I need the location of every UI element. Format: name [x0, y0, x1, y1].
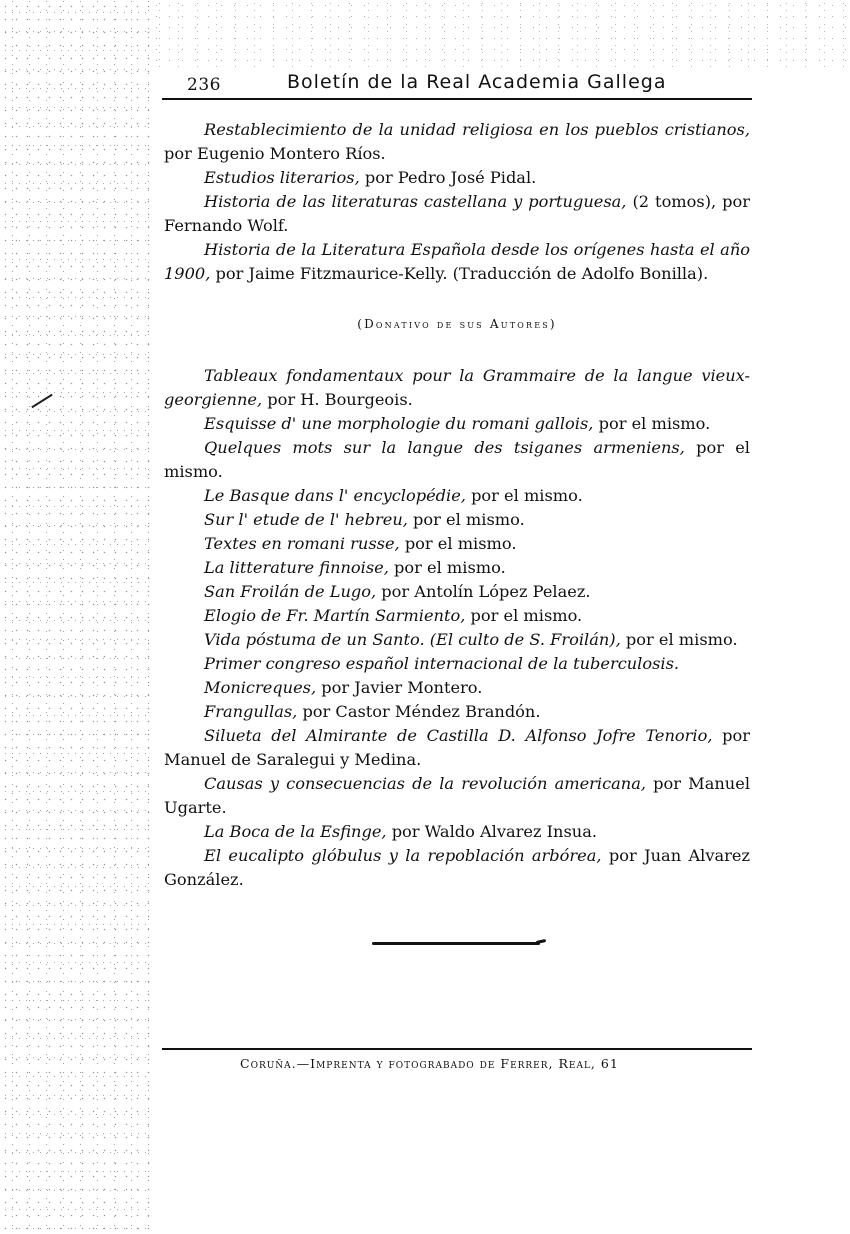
entry-author: por Javier Montero. [316, 678, 482, 697]
list-item: La litterature finnoise, por el mismo. [164, 556, 750, 580]
entry-title: Causas y consecuencias de la revolución … [204, 774, 646, 793]
entry-title: San Froilán de Lugo, [204, 582, 376, 601]
entry-title: El eucalipto glóbulus y la repoblación a… [204, 846, 602, 865]
list-item: Elogio de Fr. Martín Sarmiento, por el m… [164, 604, 750, 628]
entry-title: Historia de las literaturas castellana y… [204, 192, 626, 211]
entries-after-list: Tableaux fondamentaux pour la Grammaire … [164, 364, 750, 892]
list-item: Primer congreso español internacional de… [164, 652, 750, 676]
entry-author: por Waldo Alvarez Insua. [387, 822, 597, 841]
entry-author: por el mismo. [466, 486, 583, 505]
entry-author: por H. Bourgeois. [262, 390, 413, 409]
entry-title: Silueta del Almirante de Castilla D. Alf… [204, 726, 712, 745]
entry-title: Sur l' etude de l' hebreu, [204, 510, 408, 529]
section-heading: (Donativo de sus Autores) [164, 312, 750, 336]
list-item: La Boca de la Esfinge, por Waldo Alvarez… [164, 820, 750, 844]
list-item: Vida póstuma de un Santo. (El culto de S… [164, 628, 750, 652]
running-title: Boletín de la Real Academia Gallega [287, 71, 666, 93]
entry-title: La Boca de la Esfinge, [204, 822, 387, 841]
entry-title: Estudios literarios, [204, 168, 360, 187]
entry-author: por Antolín López Pelaez. [376, 582, 590, 601]
list-item: Quelques mots sur la langue des tsiganes… [164, 436, 750, 484]
list-item: Tableaux fondamentaux pour la Grammaire … [164, 364, 750, 412]
scan-noise-top [150, 0, 850, 70]
entry-title: Textes en romani russe, [204, 534, 400, 553]
entry-title: Le Basque dans l' encyclopédie, [204, 486, 466, 505]
list-item: Textes en romani russe, por el mismo. [164, 532, 750, 556]
scan-noise [0, 0, 150, 1234]
entry-author: por el mismo. [408, 510, 525, 529]
page-header: 236 Boletín de la Real Academia Gallega [162, 70, 752, 100]
list-item: El eucalipto glóbulus y la repoblación a… [164, 844, 750, 892]
body-text: Restablecimiento de la unidad religiosa … [164, 118, 750, 892]
entry-title: Tableaux fondamentaux pour la Grammaire … [164, 366, 750, 409]
entry-title: Frangullas, [204, 702, 297, 721]
entry-author: por el mismo. [465, 606, 582, 625]
list-item: Monicreques, por Javier Montero. [164, 676, 750, 700]
list-item: Le Basque dans l' encyclopédie, por el m… [164, 484, 750, 508]
list-item: Frangullas, por Castor Méndez Brandón. [164, 700, 750, 724]
list-item: Esquisse d' une morphologie du romani ga… [164, 412, 750, 436]
entry-author: por Jaime Fitzmaurice-Kelly. (Traducción… [210, 264, 708, 283]
entry-title: Elogio de Fr. Martín Sarmiento, [204, 606, 465, 625]
entry-author: por Castor Méndez Brandón. [297, 702, 540, 721]
list-item: San Froilán de Lugo, por Antolín López P… [164, 580, 750, 604]
entries-before-list: Restablecimiento de la unidad religiosa … [164, 118, 750, 286]
entry-author: por Pedro José Pidal. [360, 168, 537, 187]
list-item: Historia de las literaturas castellana y… [164, 190, 750, 238]
list-item: Causas y consecuencias de la revolución … [164, 772, 750, 820]
list-item: Silueta del Almirante de Castilla D. Alf… [164, 724, 750, 772]
list-item: Estudios literarios, por Pedro José Pida… [164, 166, 750, 190]
end-ornament-rule [372, 942, 540, 945]
entry-title: Quelques mots sur la langue des tsiganes… [204, 438, 685, 457]
list-item: Historia de la Literatura Española desde… [164, 238, 750, 286]
entry-author: por el mismo. [389, 558, 506, 577]
entry-author: por el mismo. [593, 414, 710, 433]
list-item: Restablecimiento de la unidad religiosa … [164, 118, 750, 166]
entry-title: Primer congreso español internacional de… [204, 654, 679, 673]
footer-rule [162, 1048, 752, 1050]
list-item: Sur l' etude de l' hebreu, por el mismo. [164, 508, 750, 532]
entry-author: por el mismo. [621, 630, 738, 649]
entry-title: La litterature finnoise, [204, 558, 389, 577]
entry-title: Esquisse d' une morphologie du romani ga… [204, 414, 593, 433]
entry-author: por Eugenio Montero Ríos. [164, 144, 386, 163]
entry-title: Vida póstuma de un Santo. (El culto de S… [204, 630, 621, 649]
header-rule [162, 98, 752, 100]
entry-title: Monicreques, [204, 678, 316, 697]
entry-author: por el mismo. [400, 534, 517, 553]
page-number: 236 [187, 75, 221, 95]
entry-title: Restablecimiento de la unidad religiosa … [204, 120, 750, 139]
printer-imprint: Coruña.—Imprenta y fotograbado de Ferrer… [240, 1056, 619, 1071]
